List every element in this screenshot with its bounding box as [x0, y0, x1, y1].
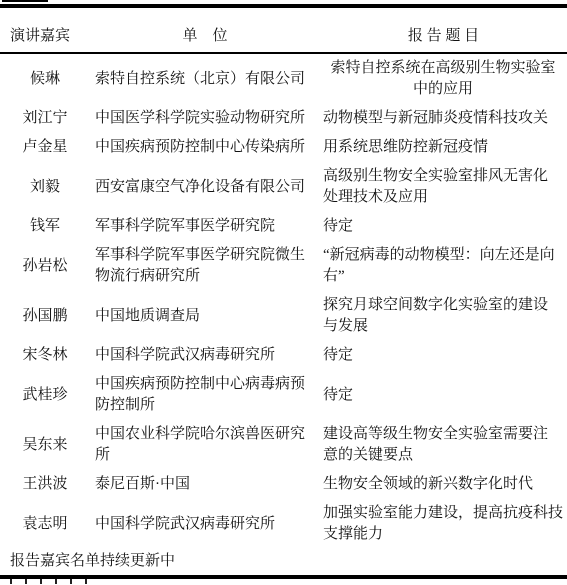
title-cell: 加强实验室能力建设，提高抗疫科技 支撑能力 [320, 503, 567, 545]
table-row: 钱军 军事科学院军事医学研究院 待定 [0, 212, 567, 241]
speaker-cell: 宋冬林 [0, 345, 90, 366]
table-row: 候琳 索特自控系统（北京）有限公司 索特自控系统在高级别生物实验室 中的应用 [0, 54, 567, 104]
organization-cell: 中国医学科学院实验动物研究所 [90, 108, 320, 129]
table-row: 卢金星 中国疾病预防控制中心传染病所 用系统思维防控新冠疫情 [0, 133, 567, 162]
table-row: 吴东来 中国农业科学院哈尔滨兽医研究 所 建设高等级生物安全实验室需要注 意的关… [0, 420, 567, 470]
top-edge-artifact [2, 0, 48, 2]
organization-cell: 中国疾病预防控制中心病毒病预 防控制所 [90, 374, 320, 416]
table-row: 刘江宁 中国医学科学院实验动物研究所 动物模型与新冠肺炎疫情科技攻关 [0, 104, 567, 133]
title-cell: 待定 [320, 345, 567, 366]
speaker-cell: 刘江宁 [0, 108, 90, 129]
organization-cell: 中国地质调查局 [90, 306, 320, 327]
clipped-text-artifact [10, 579, 96, 584]
header-report-title: 报 告 题 目 [320, 24, 567, 45]
organization-cell: 中国农业科学院哈尔滨兽医研究 所 [90, 424, 320, 466]
speaker-cell: 卢金星 [0, 137, 90, 158]
organization-cell: 中国科学院武汉病毒研究所 [90, 345, 320, 366]
table-row: 王洪波 泰尼百斯·中国 生物安全领域的新兴数字化时代 [0, 470, 567, 499]
table-row: 孙岩松 军事科学院军事医学研究院微生 物流行病研究所 “新冠病毒的动物模型：向左… [0, 241, 567, 291]
header-organization: 单 位 [90, 24, 320, 45]
title-cell: 探究月球空间数字化实验室的建设 与发展 [320, 295, 567, 337]
title-cell: 待定 [320, 385, 567, 406]
organization-cell: 军事科学院军事医学研究院 [90, 216, 320, 237]
title-cell: 高级别生物安全实验室排风无害化 处理技术及应用 [320, 166, 567, 208]
table-row: 袁志明 中国科学院武汉病毒研究所 加强实验室能力建设，提高抗疫科技 支撑能力 [0, 499, 567, 549]
title-cell: 待定 [320, 216, 567, 237]
speaker-table-page: 演讲嘉宾 单 位 报 告 题 目 候琳 索特自控系统（北京）有限公司 索特自控系… [0, 0, 567, 585]
organization-cell: 中国疾病预防控制中心传染病所 [90, 137, 320, 158]
speaker-cell: 王洪波 [0, 474, 90, 495]
organization-cell: 军事科学院军事医学研究院微生 物流行病研究所 [90, 245, 320, 287]
title-cell: 建设高等级生物安全实验室需要注 意的关键要点 [320, 424, 567, 466]
title-cell: 用系统思维防控新冠疫情 [320, 137, 567, 158]
organization-cell: 西安富康空气净化设备有限公司 [90, 177, 320, 198]
speaker-cell: 吴东来 [0, 435, 90, 456]
title-cell: 动物模型与新冠肺炎疫情科技攻关 [320, 108, 567, 129]
table-header-row: 演讲嘉宾 单 位 报 告 题 目 [0, 8, 567, 52]
table-row: 孙国鹏 中国地质调查局 探究月球空间数字化实验室的建设 与发展 [0, 291, 567, 341]
table-row: 刘毅 西安富康空气净化设备有限公司 高级别生物安全实验室排风无害化 处理技术及应… [0, 162, 567, 212]
speaker-cell: 刘毅 [0, 177, 90, 198]
speaker-cell: 候琳 [0, 69, 90, 90]
footer-note: 报告嘉宾名单持续更新中 [0, 549, 567, 575]
title-cell: 索特自控系统在高级别生物实验室 中的应用 [320, 58, 567, 100]
speaker-cell: 武桂珍 [0, 385, 90, 406]
organization-cell: 中国科学院武汉病毒研究所 [90, 514, 320, 535]
table-body: 候琳 索特自控系统（北京）有限公司 索特自控系统在高级别生物实验室 中的应用 刘… [0, 54, 567, 549]
speaker-cell: 孙国鹏 [0, 306, 90, 327]
title-cell: “新冠病毒的动物模型：向左还是向 右” [320, 245, 567, 287]
title-cell: 生物安全领域的新兴数字化时代 [320, 474, 567, 495]
speaker-cell: 袁志明 [0, 514, 90, 535]
organization-cell: 泰尼百斯·中国 [90, 474, 320, 495]
organization-cell: 索特自控系统（北京）有限公司 [90, 69, 320, 90]
table-row: 宋冬林 中国科学院武汉病毒研究所 待定 [0, 341, 567, 370]
table-row: 武桂珍 中国疾病预防控制中心病毒病预 防控制所 待定 [0, 370, 567, 420]
header-speaker: 演讲嘉宾 [0, 24, 90, 45]
speaker-cell: 钱军 [0, 216, 90, 237]
speaker-cell: 孙岩松 [0, 256, 90, 277]
